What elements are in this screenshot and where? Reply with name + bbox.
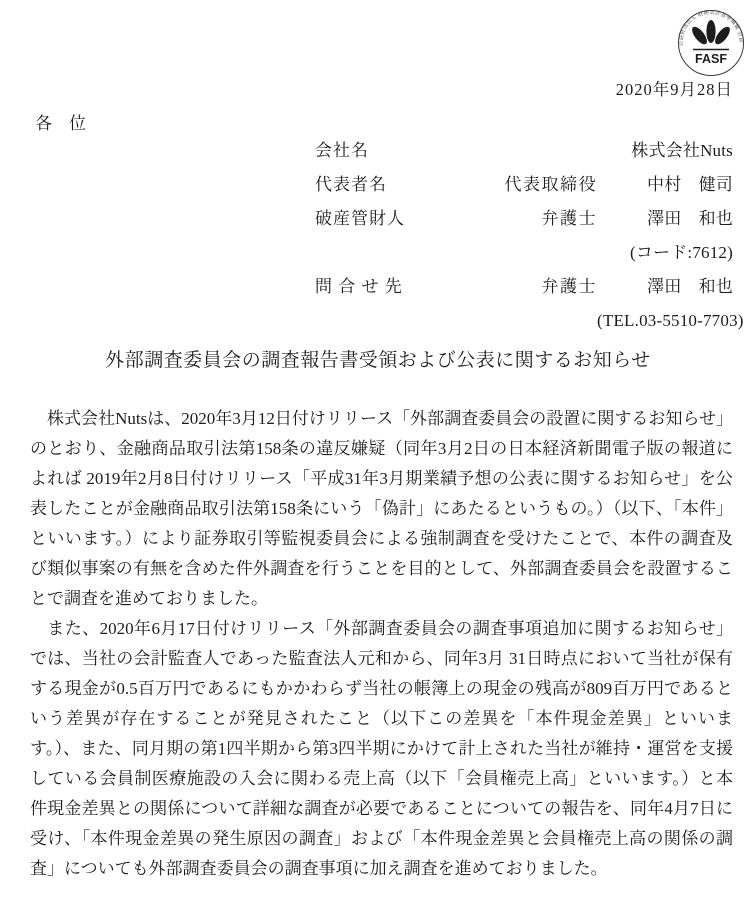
trustee-name: 澤田 和也 <box>597 202 733 236</box>
contact-row: 問 合 せ 先 弁護士 澤田 和也 <box>315 270 733 304</box>
representative-title: 代表取締役 <box>505 168 598 202</box>
fasf-leaves-icon <box>689 20 732 47</box>
body-paragraph-1: 株式会社Nutsは、2020年3月12日付けリリース「外部調査委員会の設置に関す… <box>30 404 733 614</box>
phone-number: (TEL.03-5510-7703) <box>597 304 733 338</box>
contact-title: 弁護士 <box>542 270 598 304</box>
company-name-value: 株式会社Nuts <box>597 134 733 168</box>
representative-label: 代表者名 <box>315 168 505 202</box>
phone-row: (TEL.03-5510-7703) <box>315 304 733 338</box>
stock-code: (コード:7612) <box>597 236 733 270</box>
document-title: 外部調査委員会の調査報告書受領および公表に関するお知らせ <box>0 345 756 372</box>
contact-label: 問 合 せ 先 <box>315 270 542 304</box>
trustee-row: 破産管財人 弁護士 澤田 和也 <box>315 202 733 236</box>
company-info-block: 会社名 株式会社Nuts 代表者名 代表取締役 中村 健司 破産管財人 弁護士 … <box>315 134 733 338</box>
document-body: 株式会社Nutsは、2020年3月12日付けリリース「外部調査委員会の設置に関す… <box>30 404 733 884</box>
document-page: 公益財団法人 財務会計基準機構 会員 FASF 2020年9月28日 各 位 会… <box>0 0 756 923</box>
contact-name: 澤田 和也 <box>597 270 733 304</box>
fasf-label: FASF <box>695 52 727 66</box>
trustee-title: 弁護士 <box>542 202 598 236</box>
body-paragraph-2: また、2020年6月17日付けリリース「外部調査委員会の調査事項追加に関するお知… <box>30 614 733 884</box>
recipient-line: 各 位 <box>35 109 86 134</box>
trustee-label: 破産管財人 <box>315 202 542 236</box>
document-date: 2020年9月28日 <box>616 76 733 100</box>
fasf-stamp-icon: 公益財団法人 財務会計基準機構 会員 FASF <box>676 8 746 78</box>
representative-name: 中村 健司 <box>597 168 733 202</box>
stock-code-row: (コード:7612) <box>315 236 733 270</box>
company-name-row: 会社名 株式会社Nuts <box>315 134 733 168</box>
company-name-label: 会社名 <box>315 134 597 168</box>
representative-row: 代表者名 代表取締役 中村 健司 <box>315 168 733 202</box>
